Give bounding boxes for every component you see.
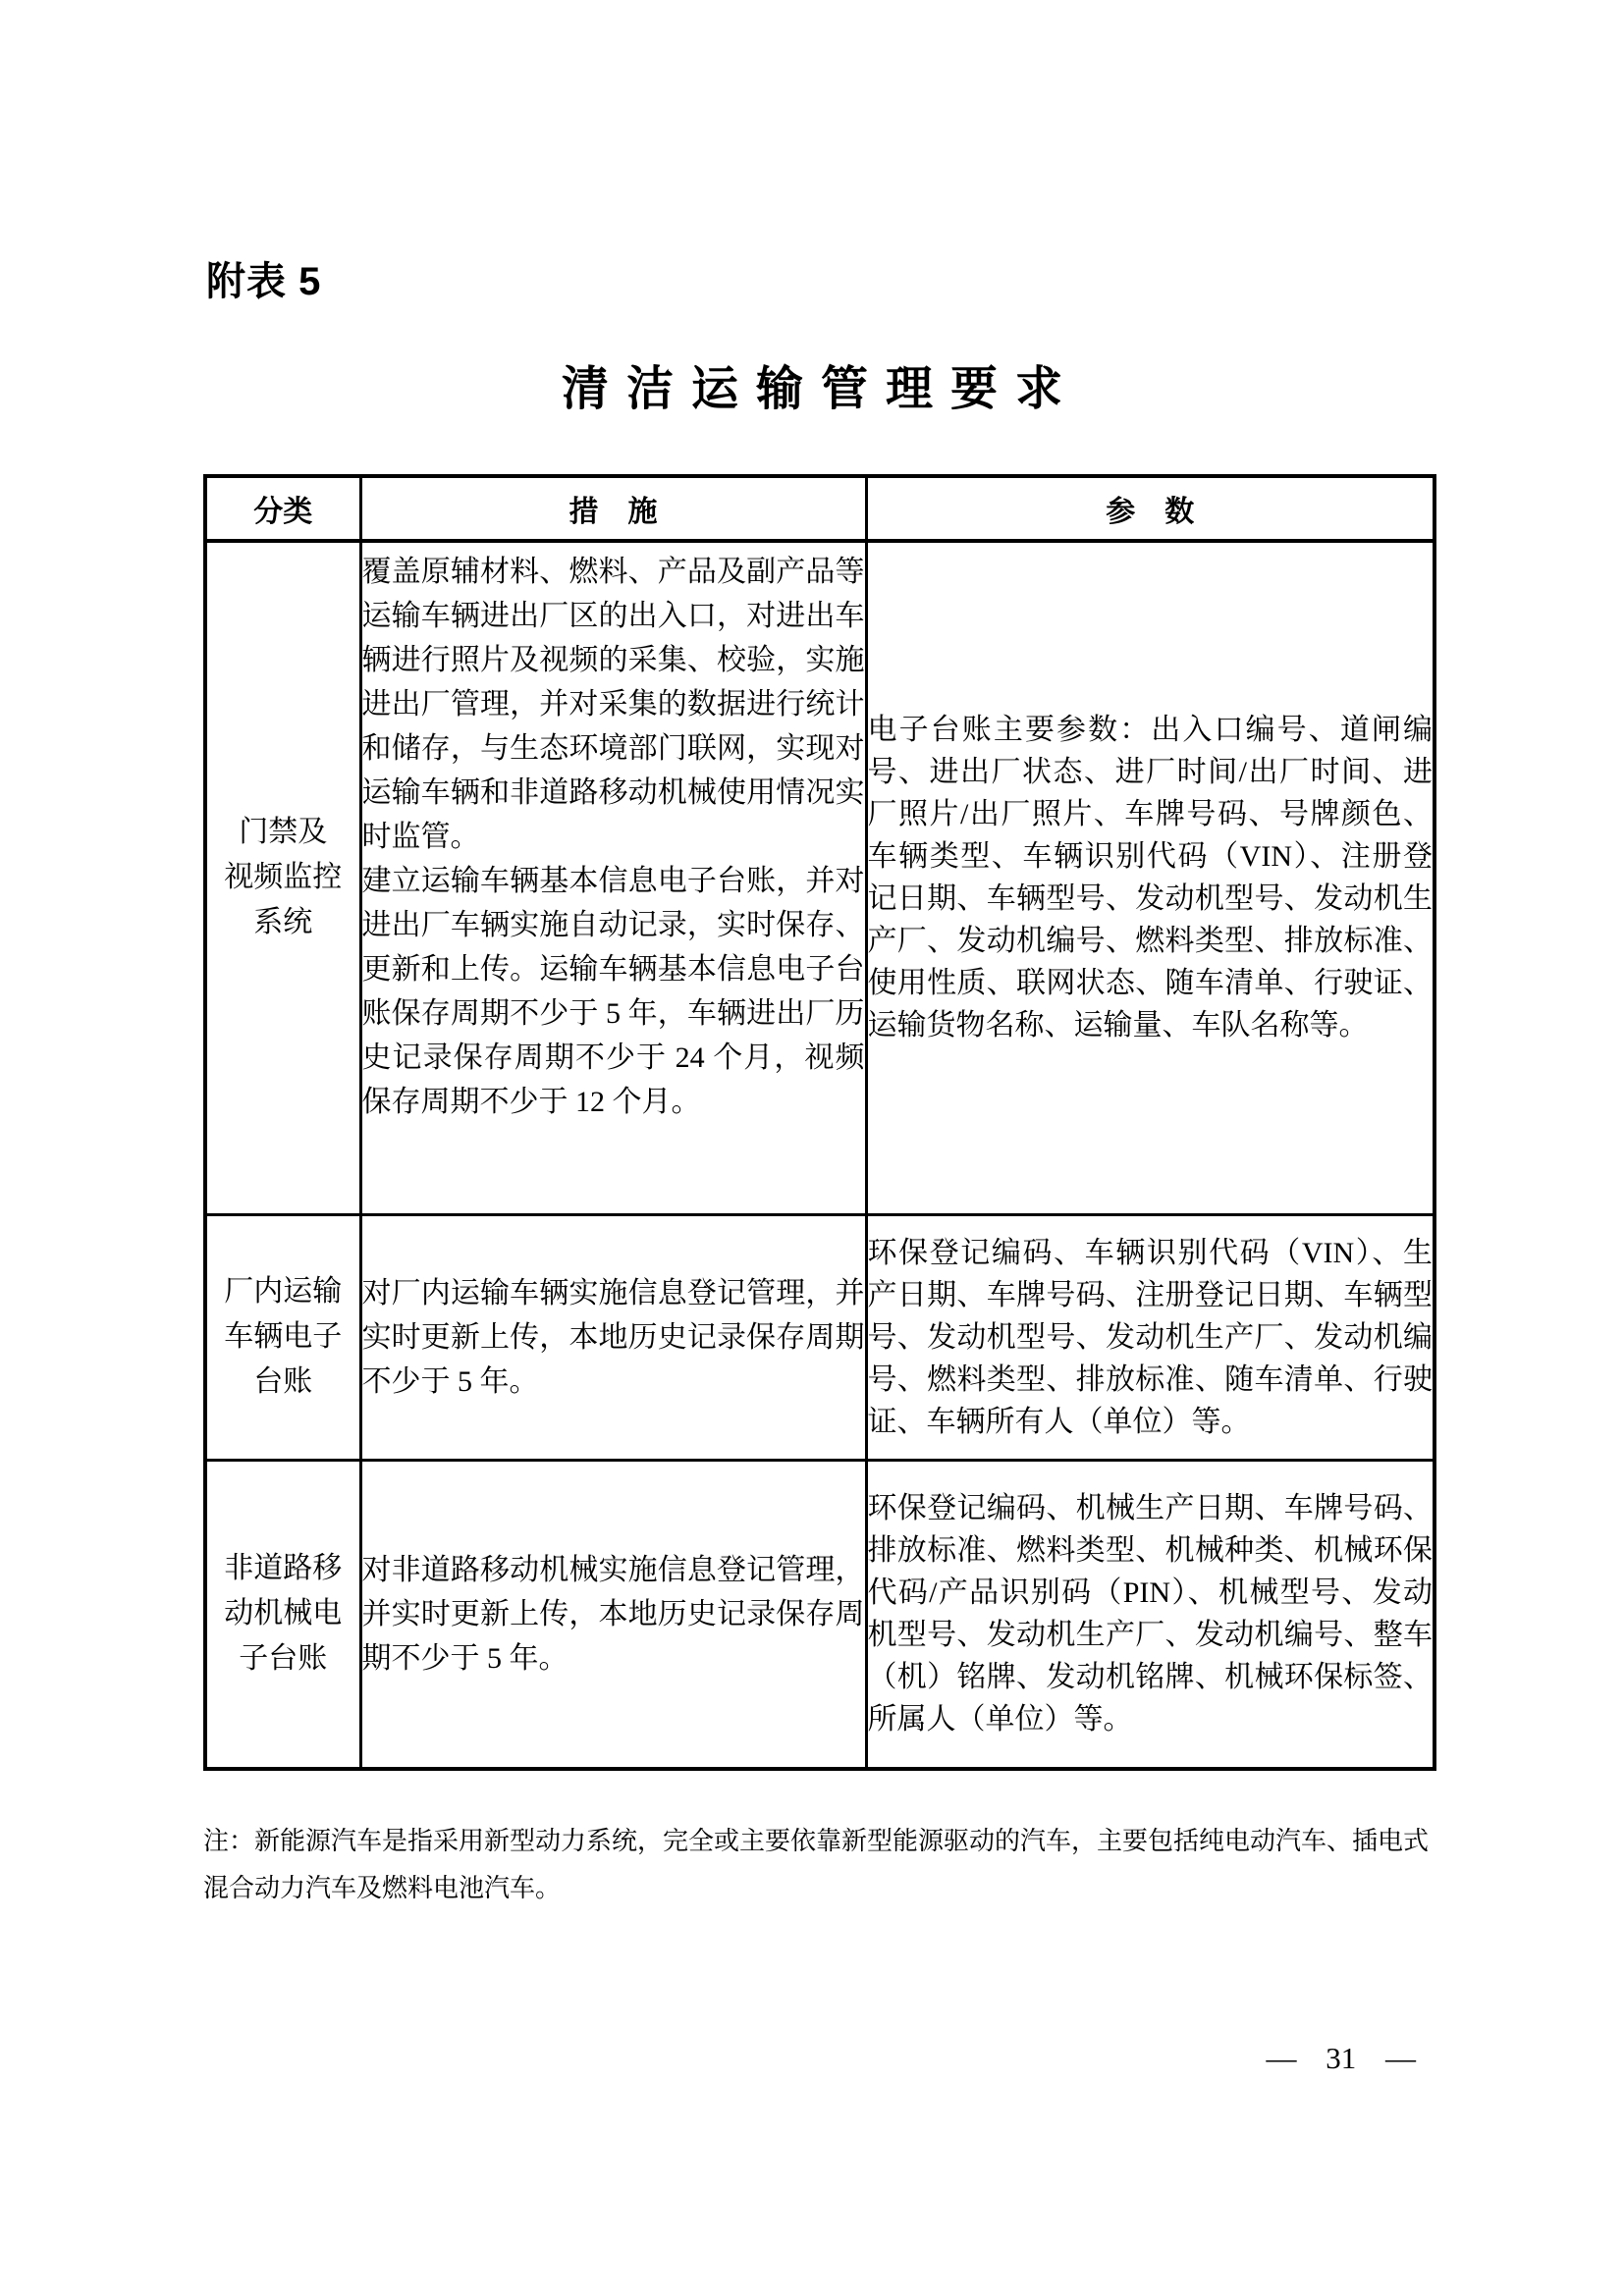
column-header-category: 分类: [205, 476, 360, 541]
footnote: 注：新能源汽车是指采用新型动力系统，完全或主要依靠新型能源驱动的汽车，主要包括纯…: [203, 1818, 1429, 1912]
measure-cell-plant-vehicle-ledger: 对厂内运输车辆实施信息登记管理，并实时更新上传，本地历史记录保存周期不少于 5 …: [360, 1214, 866, 1460]
page-number: — 31 —: [1267, 2040, 1417, 2076]
parameter-cell-access-control: 电子台账主要参数：出入口编号、道闸编号、进出厂状态、进厂时间/出厂时间、进厂照片…: [866, 541, 1435, 1214]
table-row-nonroad-machinery-ledger: 非道路移 动机械电 子台账 对非道路移动机械实施信息登记管理，并实时更新上传，本…: [205, 1460, 1435, 1769]
column-header-parameter: 参 数: [866, 476, 1435, 541]
document-page: 附表 5 清洁运输管理要求 分类 措 施 参 数 门禁及 视频监控 系统 覆盖原…: [0, 0, 1624, 2296]
parameter-cell-nonroad-machinery-ledger: 环保登记编码、机械生产日期、车牌号码、排放标准、燃料类型、机械种类、机械环保代码…: [866, 1460, 1435, 1769]
category-cell-nonroad-machinery-ledger: 非道路移 动机械电 子台账: [205, 1460, 360, 1769]
category-cell-plant-vehicle-ledger: 厂内运输 车辆电子 台账: [205, 1214, 360, 1460]
page-title: 清洁运输管理要求: [0, 361, 1624, 418]
table-row-plant-vehicle-ledger: 厂内运输 车辆电子 台账 对厂内运输车辆实施信息登记管理，并实时更新上传，本地历…: [205, 1214, 1435, 1460]
table-header-row: 分类 措 施 参 数: [205, 476, 1435, 541]
measure-cell-nonroad-machinery-ledger: 对非道路移动机械实施信息登记管理，并实时更新上传，本地历史记录保存周期不少于 5…: [360, 1460, 866, 1769]
measure-cell-access-control: 覆盖原辅材料、燃料、产品及副产品等运输车辆进出厂区的出入口，对进出车辆进行照片及…: [360, 541, 866, 1214]
category-cell-access-control: 门禁及 视频监控 系统: [205, 541, 360, 1214]
annex-label: 附表 5: [206, 258, 321, 305]
column-header-measure: 措 施: [360, 476, 866, 541]
parameter-cell-plant-vehicle-ledger: 环保登记编码、车辆识别代码（VIN）、生产日期、车牌号码、注册登记日期、车辆型号…: [866, 1214, 1435, 1460]
table-row-access-control: 门禁及 视频监控 系统 覆盖原辅材料、燃料、产品及副产品等运输车辆进出厂区的出入…: [205, 541, 1435, 1214]
clean-transport-requirements-table: 分类 措 施 参 数 门禁及 视频监控 系统 覆盖原辅材料、燃料、产品及副产品等…: [203, 474, 1436, 1771]
